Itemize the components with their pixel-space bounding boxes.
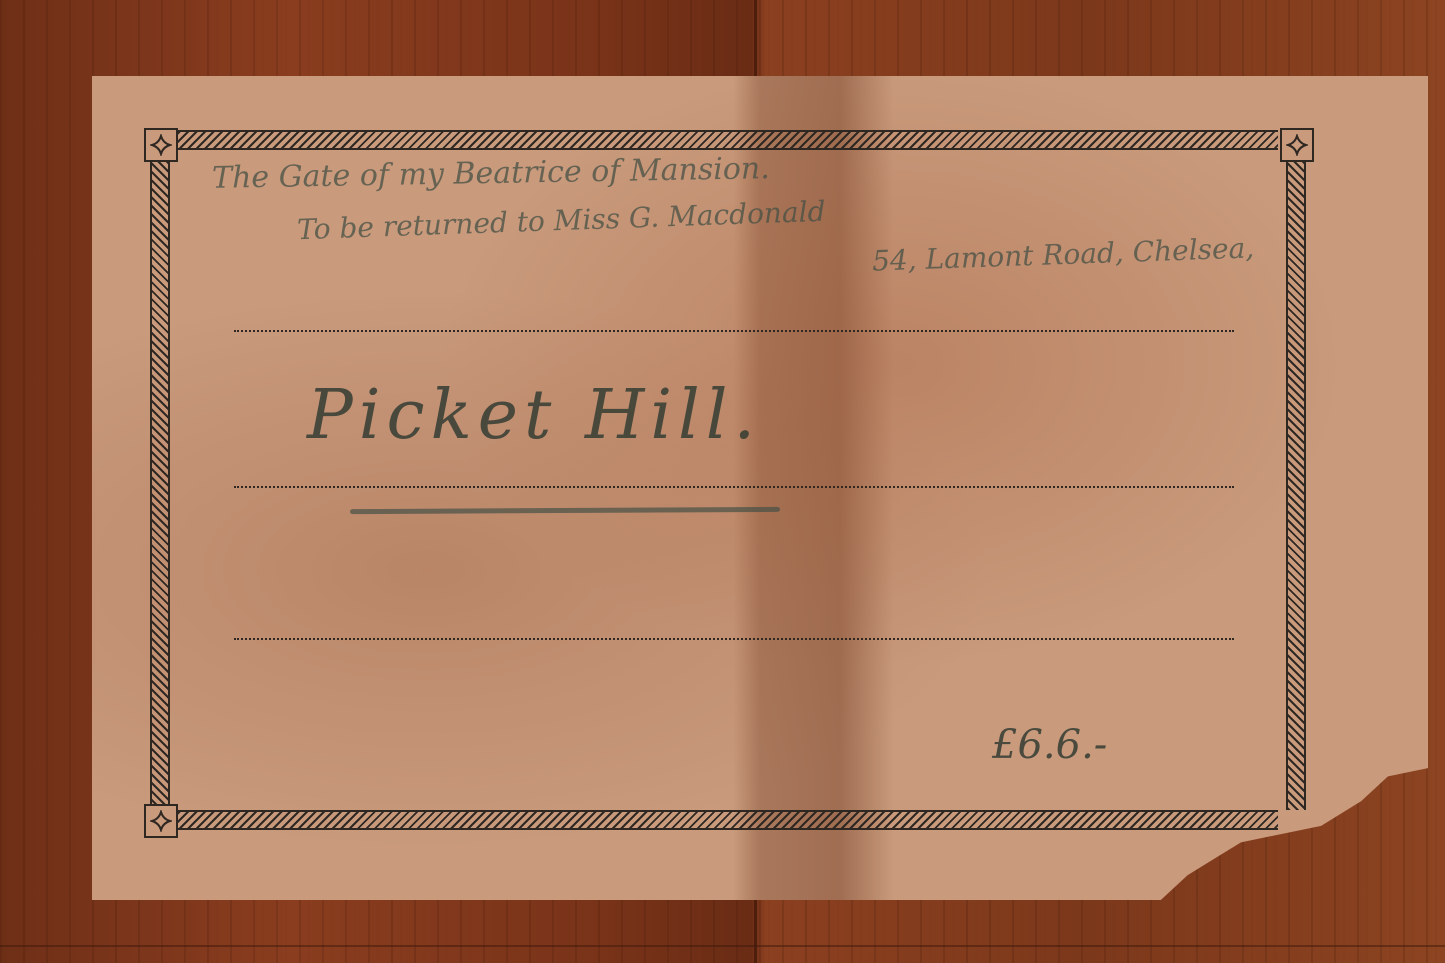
corner-ornament-bottom-left [144,804,178,838]
title-underline [350,507,780,514]
price: £6.6.- [992,722,1107,768]
diamond-icon [1286,134,1308,156]
corner-ornament-top-left [144,128,178,162]
wood-board-seam-horizontal [0,945,1445,947]
handwritten-line-2: To be returned to Miss G. Macdonald [297,195,826,246]
dotted-line-1 [234,330,1234,332]
handwritten-line-1: The Gate of my Beatrice of Mansion. [212,151,770,196]
corner-ornament-top-right [1280,128,1314,162]
paper-label: The Gate of my Beatrice of Mansion. To b… [92,76,1428,900]
diamond-icon [150,134,172,156]
border-top [178,130,1278,150]
border-bottom [178,810,1278,830]
handwritten-line-3: 54, Lamont Road, Chelsea, [872,231,1255,277]
diamond-icon [150,810,172,832]
border-left [150,162,170,810]
dotted-line-2 [234,486,1234,488]
border-right [1286,162,1306,810]
label-title: Picket Hill. [307,376,761,455]
dotted-line-3 [234,638,1234,640]
